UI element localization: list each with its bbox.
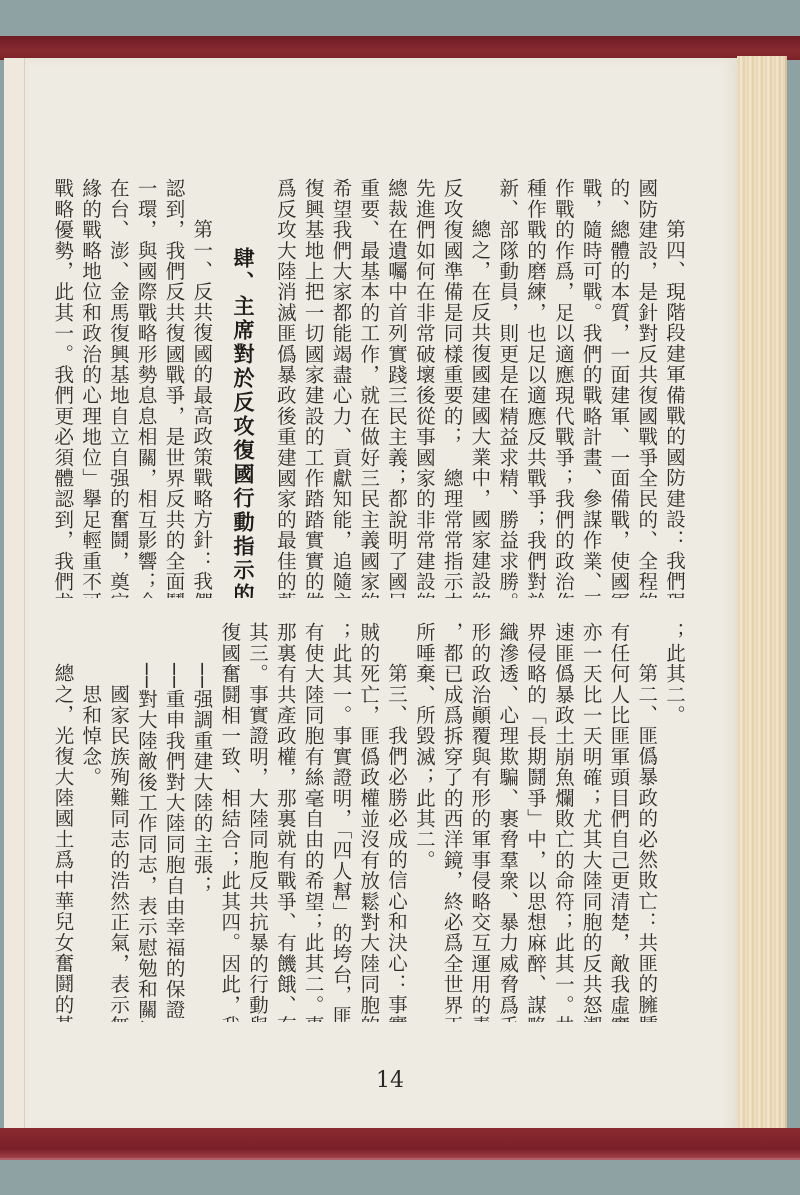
text-column: 種作戰的磨練，也足以適應反共戰爭；我們對於武器更 <box>521 178 549 598</box>
text-column: ；此其一。事實證明，「四人幫」的垮台，匪僞暴政並沒 <box>327 622 355 1022</box>
page-stack-fore-edge <box>737 56 787 1136</box>
text-column: 戰略優勢，此其一。我們更必須體認到，我們尤其要在 <box>48 178 76 598</box>
text-column: 國防建設，是針對反共復國戰爭全民的、全程的、全面 <box>632 178 660 598</box>
text-block-top: 第四、現階段建軍備戰的國防建設：我們現階段的 國防建設，是針對反共復國戰爭全民的… <box>48 178 688 598</box>
text-column: ；此其二。 <box>660 622 688 1022</box>
text-column: 亦一天比一天明確；尤其大陸同胞的反共怒潮，實爲加 <box>577 622 605 1022</box>
text-column: 復興基地上把一切國家建設的工作踏踏實實的做好，作 <box>299 178 327 598</box>
paragraph-section-one-start: 第一、反共復國的最高政策戰略方針：我們必須體 <box>187 178 215 598</box>
text-column: 有使大陸同胞有絲毫自由的希望；此其二。事實證明， <box>299 622 327 1022</box>
paragraph-section-two-start: 第二、匪僞暴政的必然敗亡：共匪的臃腫虛矯，沒 <box>632 622 660 1022</box>
text-column: 戰，隨時可戰。我們的戰略計畫、參謀作業、三軍聯合 <box>577 178 605 598</box>
text-column: 其三。事實證明，大陸同胞反共抗暴的行動與我們反共 <box>243 622 271 1022</box>
text-column: 我們時時心存大陸，念念毋忘在莒；台澎金馬是反共復 <box>48 622 49 1022</box>
facing-page-edge <box>4 58 25 1133</box>
text-column: 爲反攻大陸消滅匪僞暴政後重建國家的最佳的藍圖。 <box>271 178 299 598</box>
text-column: 有任何人比匪軍頭目們自己更清楚，敵我虛實的對比， <box>605 622 633 1022</box>
text-column: 賊的死亡，匪僞政權並沒有放鬆對大陸同胞的奴役迫害 <box>354 622 382 1022</box>
text-column: 在台、澎、金馬復興基地自立自强的奮鬪，奠定了「地 <box>104 178 132 598</box>
list-item-continuation: 國家民族殉難同志的浩然正氣，表示無限的追 <box>104 622 132 1022</box>
text-column: 重要、最基本的工作，就在做好三民主義國家的建設； <box>354 178 382 598</box>
paragraph-section-three-start: 第三、我們必勝必成的信心和決心：事實證明，毛 <box>382 622 410 1022</box>
text-column: 那裏有共產政權，那裏就有戰爭、有饑餓、有鬪爭；此 <box>271 622 299 1022</box>
text-column: 認到，我們反共復國戰爭，是世界反共的全面鬪爭中的 <box>160 178 188 598</box>
text-column: 希望我們大家都能竭盡心力、貢獻知能，追隨主席，在 <box>327 178 355 598</box>
list-item-dash: ──對大陸敵後工作同志，表示慰勉和關切；對爲 <box>132 622 160 1022</box>
text-column: 復國奮鬪相一致、相結合；此其四。因此，我們必須： <box>215 622 243 1022</box>
text-column: 所唾棄、所毀滅；此其二。 <box>410 622 438 1022</box>
text-column: ，都已成爲拆穿了的西洋鏡，終必爲全世界正義的力量 <box>438 622 466 1022</box>
paragraph-summary-start: 總之，在反共復國建國大業中，國家建設的工作與 <box>466 178 494 598</box>
text-column: 速匪僞暴政土崩魚爛敗亡的命符；此其一。共匪在對世 <box>549 622 577 1022</box>
paragraph-section-four-start: 第四、現階段建軍備戰的國防建設：我們現階段的 <box>660 178 688 598</box>
text-column: 一環，與國際戰略形勢息息相關，相互影響；今天我們 <box>132 178 160 598</box>
list-item-dash: ──强調重建大陸的主張； <box>188 622 216 1022</box>
paragraph-conclusion-start: 總之，光復大陸國土爲中華兒女奮鬪的基本目標， <box>49 622 77 1022</box>
text-column: 形的政治顚覆與有形的軍事侵略交互運用的毒辣的伎倆 <box>466 622 494 1022</box>
book-cover-top-edge <box>0 36 800 60</box>
text-column: 的、總體的本質，一面建軍、一面備戰，使國軍隨時能 <box>605 178 633 598</box>
list-item-dash: ──重申我們對大陸同胞自由幸福的保證； <box>160 622 188 1022</box>
book-cover-bottom-edge <box>0 1128 800 1160</box>
text-block-bottom: ；此其二。 第二、匪僞暴政的必然敗亡：共匪的臃腫虛矯，沒 有任何人比匪軍頭目們自… <box>48 622 688 1022</box>
text-column: 反攻復國準備是同樣重要的； 總理常常指示本黨革命 <box>438 178 466 598</box>
text-column: 界侵略的「長期鬪爭」中，以思想麻醉、謀略分化、組 <box>521 622 549 1022</box>
section-heading: 肆、主席對於反攻復國行動指示的重點 <box>215 178 271 598</box>
text-column: 緣的戰略地位和政治的心理地位」擧足輕重不可動搖的 <box>76 178 104 598</box>
text-column: 先進們如何在非常破壞後從事國家的非常建設的遺教， <box>410 178 438 598</box>
text-column: 作戰的作爲，足以適應現代戰爭；我們的政治作戰和特 <box>549 178 577 598</box>
page-number: 14 <box>370 1068 410 1093</box>
list-item-continuation: 思和悼念。 <box>76 622 104 1022</box>
text-column: 總裁在遺囑中首列實踐三民主義；都說明了國民革命最 <box>382 178 410 598</box>
text-column: 織滲透、心理欺騙、裹脅羣衆、暴力威脅爲手段，以無 <box>493 622 521 1022</box>
text-column: 新、部隊動員，則更是在精益求精、勝益求勝。 <box>493 178 521 598</box>
